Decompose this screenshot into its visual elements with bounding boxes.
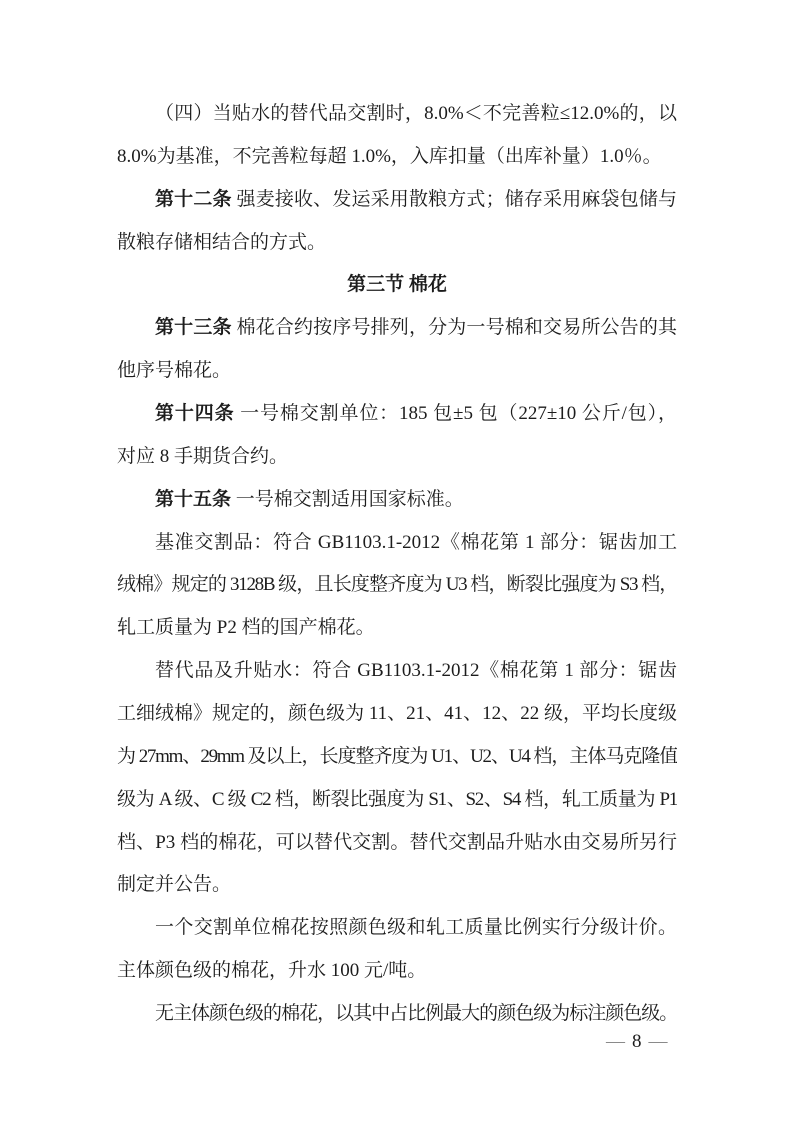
text-run: （四）当贴水的替代品交割时，8.0%＜不完善粒≤12.0%的，以 — [155, 103, 677, 124]
text-run: 为 27mm、29mm 及以上，长度整齐度为 U1、U2、U4 档，主体马克隆值 — [117, 746, 677, 767]
document-page: （四）当贴水的替代品交割时，8.0%＜不完善粒≤12.0%的，以8.0%为基准，… — [0, 0, 793, 1122]
text-run: 主体颜色级的棉花，升水 100 元/吨。 — [117, 960, 426, 981]
paragraph-line: 绒棉》规定的 3128B 级，且长度整齐度为 U3 档，断裂比强度为 S3 档， — [117, 564, 677, 607]
paragraph-line: 工细绒棉》规定的，颜色级为 11、21、41、12、22 级，平均长度级 — [117, 693, 677, 736]
paragraph-line: 第十二条 强麦接收、发运采用散粮方式；储存采用麻袋包储与 — [117, 179, 677, 222]
text-run: 级为 A 级、C 级 C2 档，断裂比强度为 S1、S2、S4 档，轧工质量为 … — [117, 789, 677, 810]
text-run: 棉花合约按序号排列，分为一号棉和交易所公告的其 — [232, 317, 677, 338]
text-run: 一个交割单位棉花按照颜色级和轧工质量比例实行分级计价。有 — [155, 917, 677, 950]
text-run: 强麦接收、发运采用散粮方式；储存采用麻袋包储与 — [232, 189, 677, 210]
text-run: 他序号棉花。 — [117, 360, 231, 381]
paragraph-line: 级为 A 级、C 级 C2 档，断裂比强度为 S1、S2、S4 档，轧工质量为 … — [117, 779, 677, 822]
text-run: 档、P3 档的棉花，可以替代交割。替代交割品升贴水由交易所另行 — [117, 832, 677, 853]
paragraph-line: 无主体颜色级的棉花，以其中占比例最大的颜色级为标注颜色级。 — [117, 993, 677, 1036]
paragraph-line: 他序号棉花。 — [117, 350, 677, 393]
page-number-right-dash: — — [649, 1031, 668, 1052]
text-run: 散粮存储相结合的方式。 — [117, 232, 326, 253]
paragraph-line: 为 27mm、29mm 及以上，长度整齐度为 U1、U2、U4 档，主体马克隆值 — [117, 736, 677, 779]
page-number-left-dash: — — [606, 1031, 625, 1052]
paragraph-line: （四）当贴水的替代品交割时，8.0%＜不完善粒≤12.0%的，以 — [117, 93, 677, 136]
paragraph-line: 轧工质量为 P2 档的国产棉花。 — [117, 607, 677, 650]
paragraph-line: 主体颜色级的棉花，升水 100 元/吨。 — [117, 950, 677, 993]
text-run: 基准交割品：符合 GB1103.1-2012《棉花第 1 部分：锯齿加工细 — [155, 532, 677, 565]
text-run: 无主体颜色级的棉花，以其中占比例最大的颜色级为标注颜色级。 — [155, 1003, 677, 1024]
section-heading: 第三节 棉花 — [117, 264, 677, 307]
paragraph-line: 第十四条 一号棉交割单位：185 包±5 包（227±10 公斤/包）， — [117, 393, 677, 436]
paragraph-line: 制定并公告。 — [117, 864, 677, 907]
text-run: 8.0%为基准，不完善粒每超 1.0%，入库扣量（出库补量）1.0％。 — [117, 146, 662, 167]
paragraph-line: 一个交割单位棉花按照颜色级和轧工质量比例实行分级计价。有 — [117, 907, 677, 950]
text-run: 轧工质量为 P2 档的国产棉花。 — [117, 617, 375, 638]
text-run: 替代品及升贴水：符合 GB1103.1-2012《棉花第 1 部分：锯齿加 — [155, 660, 677, 693]
bold-text-run: 第十四条 — [155, 403, 234, 424]
paragraph-line: 对应 8 手期货合约。 — [117, 436, 677, 479]
bold-text-run: 第十三条 — [155, 317, 232, 338]
footer-page-number: —8— — [606, 1027, 696, 1057]
bold-text-run: 第三节 棉花 — [347, 274, 447, 295]
page-number-value: 8 — [632, 1031, 642, 1052]
paragraph-line: 替代品及升贴水：符合 GB1103.1-2012《棉花第 1 部分：锯齿加 — [117, 650, 677, 693]
bold-text-run: 第十五条 — [155, 489, 231, 510]
paragraph-line: 散粮存储相结合的方式。 — [117, 222, 677, 265]
paragraph-line: 第十三条 棉花合约按序号排列，分为一号棉和交易所公告的其 — [117, 307, 677, 350]
text-run: 工细绒棉》规定的，颜色级为 11、21、41、12、22 级，平均长度级 — [117, 703, 677, 724]
paragraph-line: 8.0%为基准，不完善粒每超 1.0%，入库扣量（出库补量）1.0％。 — [117, 136, 677, 179]
paragraph-line: 第十五条 一号棉交割适用国家标准。 — [117, 479, 677, 522]
text-run: 绒棉》规定的 3128B 级，且长度整齐度为 U3 档，断裂比强度为 S3 档， — [117, 574, 677, 595]
text-block: （四）当贴水的替代品交割时，8.0%＜不完善粒≤12.0%的，以8.0%为基准，… — [117, 93, 677, 1036]
text-run: 一号棉交割适用国家标准。 — [231, 489, 464, 510]
text-run: 一号棉交割单位：185 包±5 包（227±10 公斤/包）， — [234, 403, 677, 424]
paragraph-line: 基准交割品：符合 GB1103.1-2012《棉花第 1 部分：锯齿加工细 — [117, 522, 677, 565]
text-run: 对应 8 手期货合约。 — [117, 446, 288, 467]
text-run: 制定并公告。 — [117, 874, 231, 895]
bold-text-run: 第十二条 — [155, 189, 232, 210]
paragraph-line: 档、P3 档的棉花，可以替代交割。替代交割品升贴水由交易所另行 — [117, 822, 677, 865]
